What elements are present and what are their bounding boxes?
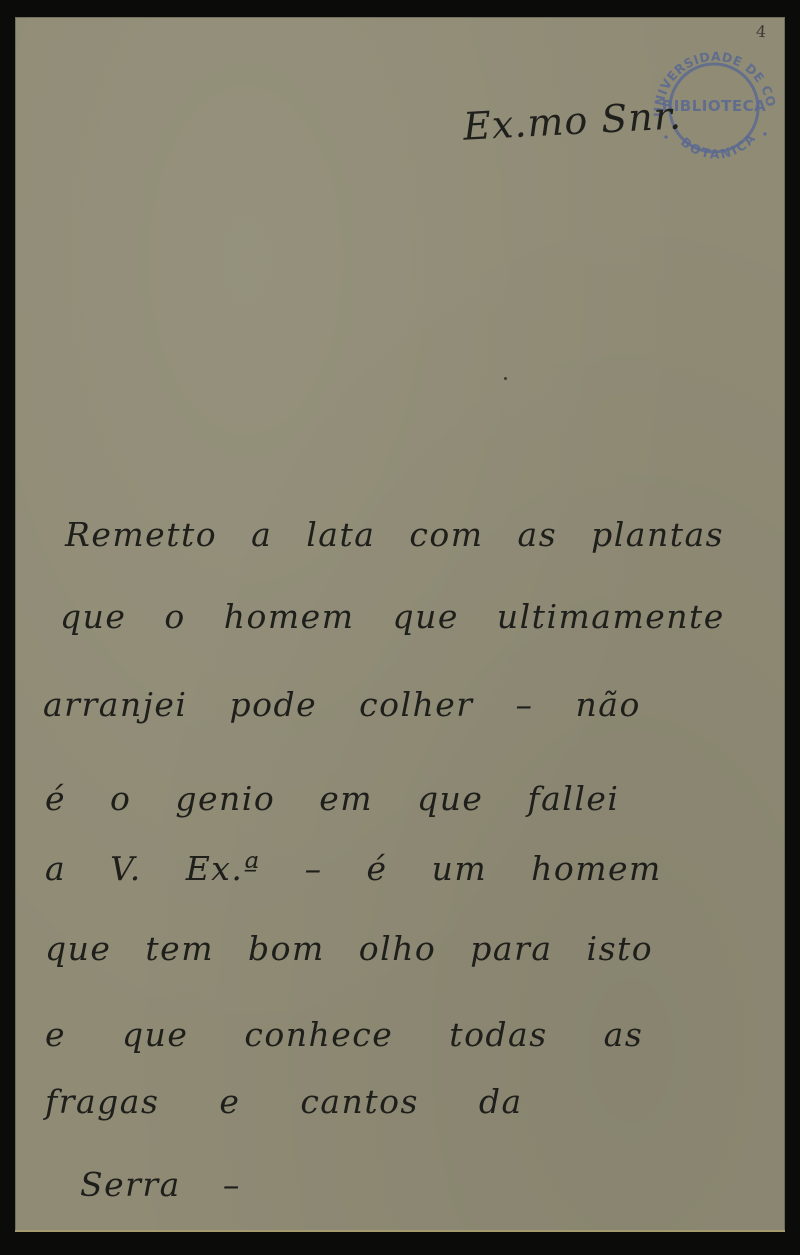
- ink-dot: [504, 377, 507, 380]
- letter-page: 4 UNIVERSIDADE DE COIMBRA BOTANICA BIBLI…: [15, 17, 785, 1232]
- letter-line-1: Remetto a lata com as plantas: [65, 515, 724, 554]
- letter-line-9: Serra –: [80, 1165, 241, 1204]
- paper-edge: [15, 1230, 785, 1232]
- letter-line-5: a V. Ex.ª – é um homem: [45, 849, 662, 888]
- letter-line-6: que tem bom olho para isto: [45, 929, 653, 968]
- letter-line-2: que o homem que ultimamente: [60, 597, 725, 636]
- letter-line-8: fragas e cantos da: [45, 1082, 523, 1121]
- svg-text:BOTANICA: BOTANICA: [678, 129, 759, 161]
- letter-line-4: é o genio em que fallei: [45, 779, 619, 818]
- letter-line-3: arranjei pode colher – não: [43, 685, 641, 724]
- letter-line-7: e que conhece todas as: [45, 1015, 643, 1054]
